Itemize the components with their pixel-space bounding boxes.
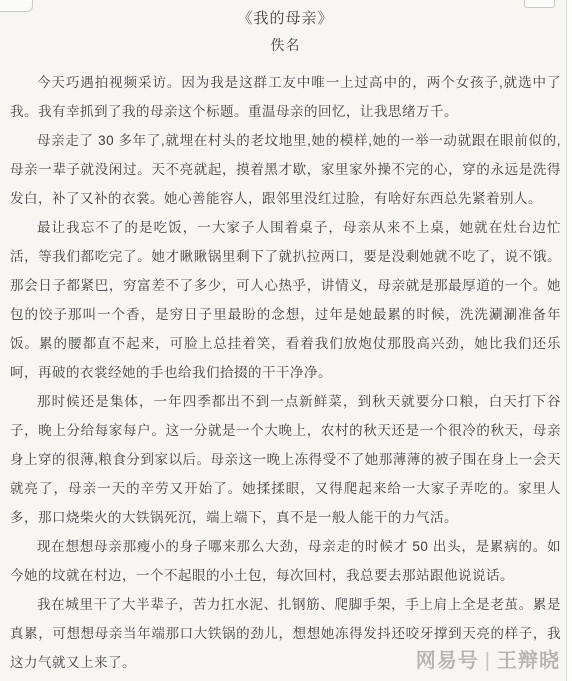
article-title: 《我的母亲》 [10,6,561,32]
paragraph: 那时候还是集体，一年四季都出不到一点新鲜菜，到秋天就要分口粮，白天打下谷子，晚上… [10,387,561,532]
article-page: 《我的母亲》 佚名 今天巧遇拍视频采访。因为我是这群工友中唯一上过高中的，两个女… [0,0,572,681]
paragraph: 母亲走了 30 多年了,就埋在村头的老坟地里,她的模样,她的一举一动就跟在眼前似… [10,126,561,213]
paragraph: 今天巧遇拍视频采访。因为我是这群工友中唯一上过高中的，两个女孩子,就选中了我。我… [10,68,561,126]
article-body: 今天巧遇拍视频采访。因为我是这群工友中唯一上过高中的，两个女孩子,就选中了我。我… [10,68,561,677]
netease-watermark: 网易号|王辩晓 [416,644,560,673]
watermark-author-name: 王辩晓 [497,650,560,672]
paragraph: 最让我忘不了的是吃饭，一大家子人围着桌子，母亲从来不上桌，她就在灶台边忙活，等我… [10,213,561,387]
paragraph: 现在想想母亲那瘦小的身子哪来那么大劲，母亲走的时候才 50 出头，是累病的。如今… [10,532,561,590]
article-content: 《我的母亲》 佚名 今天巧遇拍视频采访。因为我是这群工友中唯一上过高中的，两个女… [0,0,572,677]
watermark-divider-icon: | [485,650,491,672]
watermark-brand: 网易号 [416,650,479,672]
article-author: 佚名 [10,32,561,58]
